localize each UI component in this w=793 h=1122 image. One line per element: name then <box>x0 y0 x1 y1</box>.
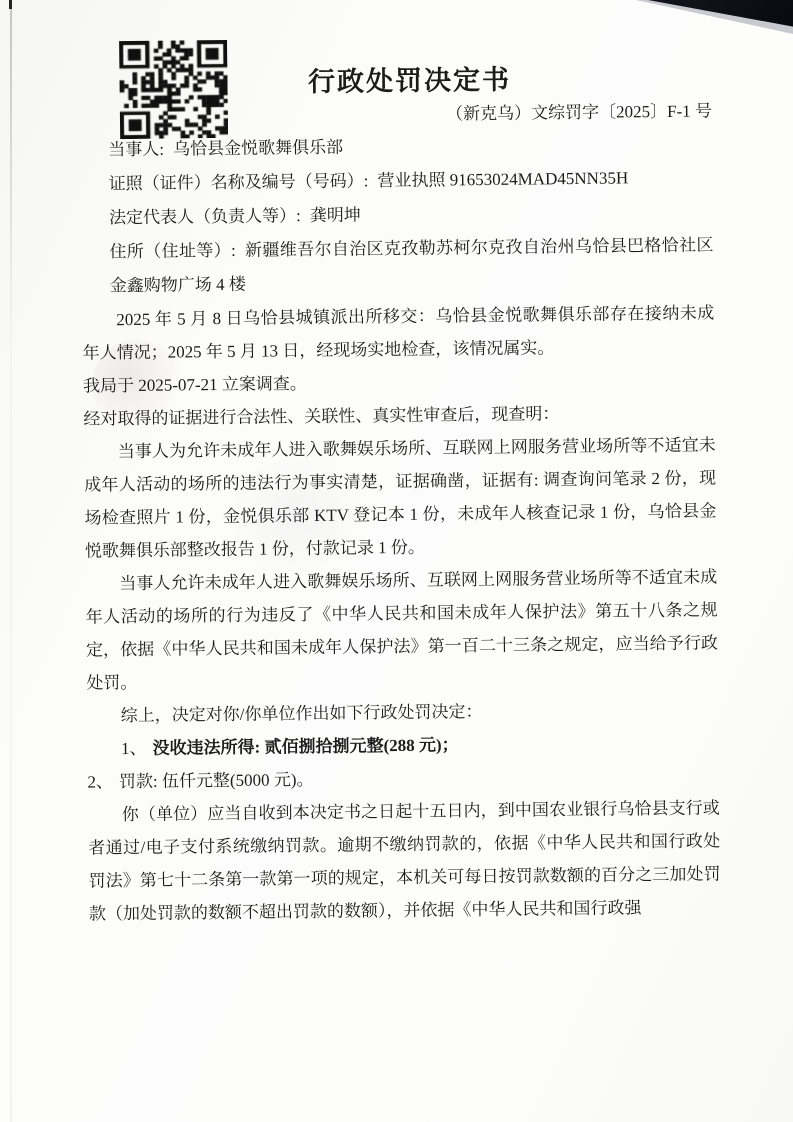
penalty-item-number: 1、 <box>121 739 147 758</box>
field-license: 证照（证件）名称及编号（号码）:营业执照 91653024MAD45NN35H <box>109 160 713 201</box>
penalty-item-text: 没收违法所得: 贰佰捌拾捌元整(288 元)； <box>153 735 459 757</box>
field-license-value: 营业执照 91653024MAD45NN35H <box>377 168 628 190</box>
field-party-value: 乌恰县金悦歌舞俱乐部 <box>173 138 343 159</box>
field-address: 住所（住址等）:新疆维吾尔自治区克孜勒苏柯尔克孜自治州乌恰县巴格恰社区金鑫购物广… <box>109 228 714 303</box>
field-party-label: 当事人: <box>108 140 164 160</box>
paragraph-case-transfer: 2025 年 5 月 8 日乌恰县城镇派出所移交：乌恰县金悦歌舞俱乐部存在接纳未… <box>82 296 715 369</box>
field-address-label: 住所（住址等）: <box>109 241 235 261</box>
party-info-fields: 当事人:乌恰县金悦歌舞俱乐部 证照（证件）名称及编号（号码）:营业执照 9165… <box>108 126 714 303</box>
paragraph-legal-basis: 当事人允许未成年人进入歌舞娱乐场所、互联网上网服务营业场所等不适宜未成年人活动的… <box>85 560 718 699</box>
scanned-penalty-document-page: 行政处罚决定书 （新克乌）文综罚字〔2025〕F-1 号 当事人:乌恰县金悦歌舞… <box>0 0 793 1122</box>
penalty-item-text: 罚款: 伍仟元整(5000 元)。 <box>119 770 314 791</box>
scan-edge-tick <box>9 0 12 9</box>
scan-left-edge <box>10 0 12 1122</box>
paragraph-findings: 当事人为允许未成年人进入歌舞娱乐场所、互联网上网服务营业场所等不适宜未成年人活动… <box>84 428 717 567</box>
field-legal-representative-value: 龚明坤 <box>310 205 361 225</box>
penalty-item-number: 2、 <box>87 772 113 791</box>
paragraph-payment-instruction: 你（单位）应当自收到本决定书之日起十五日内，到中国农业银行乌恰县支行或者通过/电… <box>88 791 721 930</box>
qr-code <box>119 40 228 139</box>
field-license-label: 证照（证件）名称及编号（号码）: <box>109 171 369 193</box>
field-legal-representative-label: 法定代表人（负责人等）: <box>109 206 301 227</box>
document-content: 行政处罚决定书 （新克乌）文综罚字〔2025〕F-1 号 当事人:乌恰县金悦歌舞… <box>79 0 721 931</box>
